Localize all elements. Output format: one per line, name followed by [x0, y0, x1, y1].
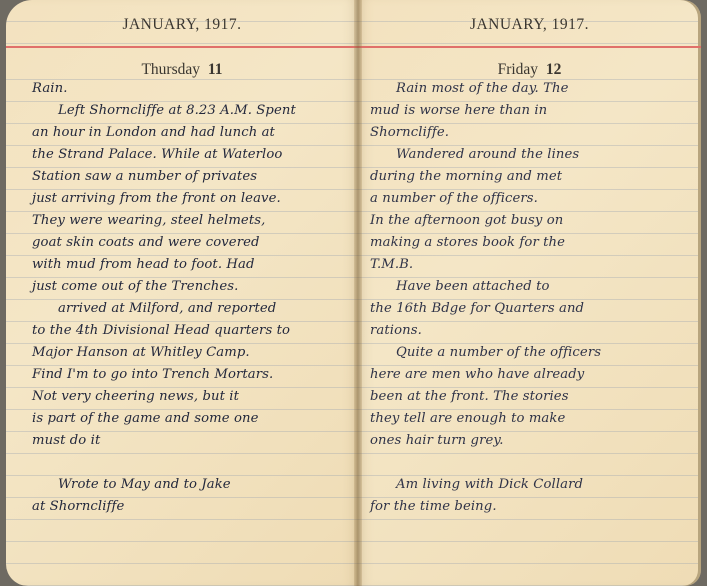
entry-line: Wrote to May and to Jake — [32, 474, 348, 496]
entry-line: Quite a number of the officers — [370, 342, 691, 364]
entry-line: T.M.B. — [370, 254, 691, 276]
entry-line: Am living with Dick Collard — [370, 474, 691, 496]
entry-line: the Strand Palace. While at Waterloo — [32, 144, 348, 166]
entry-line: Rain most of the day. The — [370, 78, 691, 100]
left-day-number: 11 — [208, 61, 223, 78]
entry-line: Major Hanson at Whitley Camp. — [32, 342, 348, 364]
entry-line — [32, 452, 348, 474]
entry-line: to the 4th Divisional Head quarters to — [32, 320, 348, 342]
left-page-header: JANUARY, 1917. — [6, 16, 358, 34]
entry-line: Have been attached to — [370, 276, 691, 298]
left-red-rule — [6, 46, 358, 48]
entry-line — [370, 452, 691, 474]
entry-line: Rain. — [32, 78, 348, 100]
entry-line: a number of the officers. — [370, 188, 691, 210]
left-diary-entry: Rain.Left Shorncliffe at 8.23 A.M. Spent… — [32, 78, 348, 518]
right-page-header: JANUARY, 1917. — [358, 16, 701, 34]
entry-line: must do it — [32, 430, 348, 452]
right-page: JANUARY, 1917. Friday 12 Rain most of th… — [358, 0, 701, 586]
right-diary-entry: Rain most of the day. Themud is worse he… — [370, 78, 691, 518]
left-day-heading: Thursday 11 — [6, 61, 358, 79]
left-page: JANUARY, 1917. Thursday 11 Rain.Left Sho… — [6, 0, 358, 586]
entry-line: just arriving from the front on leave. — [32, 188, 348, 210]
entry-line: Station saw a number of privates — [32, 166, 348, 188]
entry-line: Shorncliffe. — [370, 122, 691, 144]
entry-line: just come out of the Trenches. — [32, 276, 348, 298]
diary-spread: JANUARY, 1917. Thursday 11 Rain.Left Sho… — [0, 0, 707, 586]
left-day-name: Thursday — [141, 61, 200, 78]
entry-line: during the morning and met — [370, 166, 691, 188]
entry-line: mud is worse here than in — [370, 100, 691, 122]
entry-line: Left Shorncliffe at 8.23 A.M. Spent — [32, 100, 348, 122]
entry-line: ones hair turn grey. — [370, 430, 691, 452]
entry-line: here are men who have already — [370, 364, 691, 386]
right-day-number: 12 — [546, 61, 562, 78]
entry-line: They were wearing, steel helmets, — [32, 210, 348, 232]
entry-line: rations. — [370, 320, 691, 342]
right-red-rule — [358, 46, 701, 48]
entry-line: is part of the game and some one — [32, 408, 348, 430]
entry-line: In the afternoon got busy on — [370, 210, 691, 232]
right-day-heading: Friday 12 — [358, 61, 701, 79]
entry-line: the 16th Bdge for Quarters and — [370, 298, 691, 320]
book-gutter — [354, 0, 362, 586]
entry-line: for the time being. — [370, 496, 691, 518]
entry-line: Wandered around the lines — [370, 144, 691, 166]
entry-line: an hour in London and had lunch at — [32, 122, 348, 144]
right-day-name: Friday — [498, 61, 538, 78]
entry-line: at Shorncliffe — [32, 496, 348, 518]
entry-line: they tell are enough to make — [370, 408, 691, 430]
entry-line: been at the front. The stories — [370, 386, 691, 408]
entry-line: Find I'm to go into Trench Mortars. — [32, 364, 348, 386]
entry-line: with mud from head to foot. Had — [32, 254, 348, 276]
entry-line: making a stores book for the — [370, 232, 691, 254]
entry-line: goat skin coats and were covered — [32, 232, 348, 254]
entry-line: Not very cheering news, but it — [32, 386, 348, 408]
entry-line: arrived at Milford, and reported — [32, 298, 348, 320]
